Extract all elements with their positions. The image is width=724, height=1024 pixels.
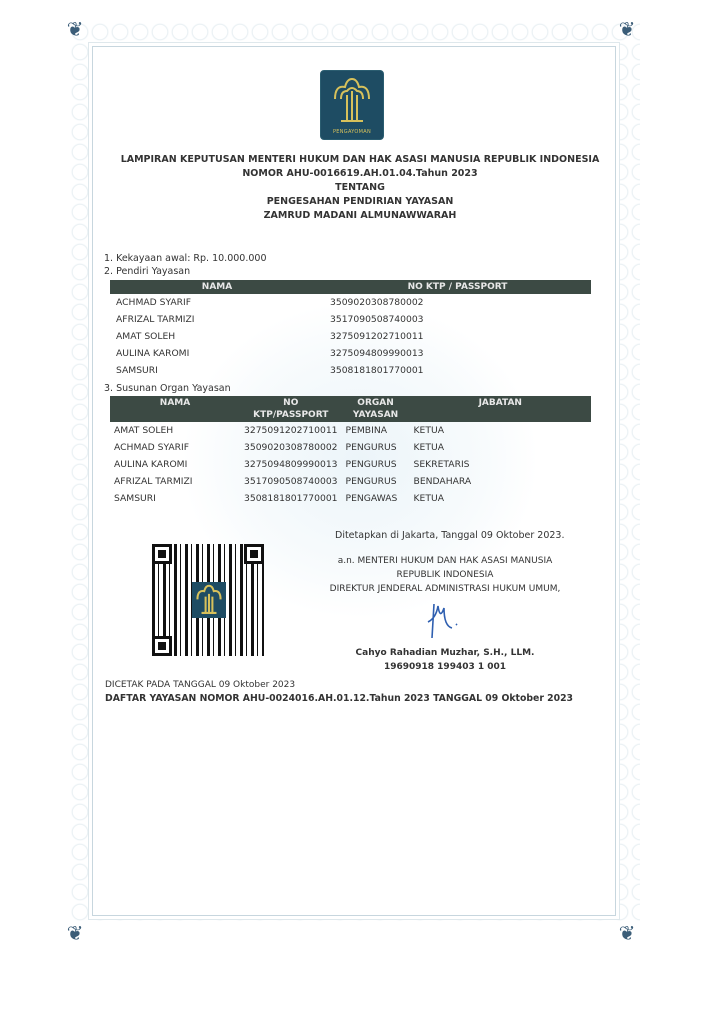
col-header: NOKTP/PASSPORT — [240, 396, 342, 422]
foundation-name: ZAMRUD MADANI ALMUNAWWARAH — [100, 210, 620, 221]
corner-ornament-icon: ❦ — [616, 922, 638, 944]
table-cell: 3275091202710011 — [240, 422, 342, 439]
table-row: AMAT SOLEH3275091202710011PEMBINAKETUA — [110, 422, 591, 439]
table-row: ACHMAD SYARIF3509020308780002 — [110, 294, 591, 311]
col-header: NAMA — [110, 280, 324, 294]
table-row: AMAT SOLEH3275091202710011 — [110, 328, 591, 345]
corner-ornament-icon: ❦ — [64, 922, 86, 944]
table-cell: SEKRETARIS — [410, 456, 591, 473]
organs-table: NAMA NOKTP/PASSPORT ORGANYAYASAN JABATAN… — [110, 396, 591, 507]
pengayoman-logo: PENGAYOMAN — [320, 70, 384, 140]
table-cell: PENGURUS — [342, 456, 410, 473]
table-cell: AFRIZAL TARMIZI — [110, 473, 240, 490]
table-row: AFRIZAL TARMIZI3517090508740003 — [110, 311, 591, 328]
printed-date: DICETAK PADA TANGGAL 09 Oktober 2023 — [105, 680, 295, 690]
corner-ornament-icon: ❦ — [616, 18, 638, 40]
qr-center-logo — [192, 582, 226, 618]
qr-code — [152, 544, 264, 656]
header-line-3: TENTANG — [100, 182, 620, 193]
table-cell: 3275091202710011 — [324, 328, 591, 345]
table-cell: 3509020308780002 — [324, 294, 591, 311]
table-row: ACHMAD SYARIF3509020308780002PENGURUSKET… — [110, 439, 591, 456]
table-cell: 3508181801770001 — [324, 362, 591, 379]
col-header: ORGANYAYASAN — [342, 396, 410, 422]
table-cell: 3275094809990013 — [324, 345, 591, 362]
signatory-nip: 19690918 199403 1 001 — [340, 662, 550, 672]
col-header: NO KTP / PASSPORT — [324, 280, 591, 294]
table-cell: AMAT SOLEH — [110, 328, 324, 345]
table-cell: KETUA — [410, 422, 591, 439]
table-cell: PENGURUS — [342, 439, 410, 456]
table-cell: AFRIZAL TARMIZI — [110, 311, 324, 328]
table-cell: PENGURUS — [342, 473, 410, 490]
header-decree-number: NOMOR AHU-0016619.AH.01.04.Tahun 2023 — [100, 168, 620, 179]
logo-caption: PENGAYOMAN — [321, 129, 383, 135]
signature-icon — [422, 600, 462, 642]
table-cell: ACHMAD SYARIF — [110, 294, 324, 311]
table-cell: 3509020308780002 — [240, 439, 342, 456]
pengayoman-tree-icon — [192, 582, 226, 618]
on-behalf-line-1: a.n. MENTERI HUKUM DAN HAK ASASI MANUSIA — [325, 556, 565, 566]
table-cell: ACHMAD SYARIF — [110, 439, 240, 456]
table-row: SAMSURI3508181801770001PENGAWASKETUA — [110, 490, 591, 507]
table-cell: AULINA KAROMI — [110, 345, 324, 362]
section-founders-label: 2. Pendiri Yayasan — [104, 266, 190, 277]
header-line-4: PENGESAHAN PENDIRIAN YAYASAN — [100, 196, 620, 207]
table-cell: SAMSURI — [110, 490, 240, 507]
registry-number: DAFTAR YAYASAN NOMOR AHU-0024016.AH.01.1… — [105, 693, 573, 704]
section-organs-label: 3. Susunan Organ Yayasan — [104, 383, 231, 394]
table-row: AULINA KAROMI3275094809990013 — [110, 345, 591, 362]
established-place-date: Ditetapkan di Jakarta, Tanggal 09 Oktobe… — [335, 530, 565, 541]
signatory-name: Cahyo Rahadian Muzhar, S.H., LLM. — [340, 648, 550, 658]
table-cell: AULINA KAROMI — [110, 456, 240, 473]
pengayoman-tree-icon — [327, 77, 377, 127]
table-cell: KETUA — [410, 439, 591, 456]
table-cell: BENDAHARA — [410, 473, 591, 490]
table-row: SAMSURI3508181801770001 — [110, 362, 591, 379]
col-header: JABATAN — [410, 396, 591, 422]
on-behalf-line-2: REPUBLIK INDONESIA — [325, 570, 565, 580]
table-row: AULINA KAROMI3275094809990013PENGURUSSEK… — [110, 456, 591, 473]
table-cell: 3517090508740003 — [240, 473, 342, 490]
table-cell: PENGAWAS — [342, 490, 410, 507]
table-cell: 3275094809990013 — [240, 456, 342, 473]
official-title: DIREKTUR JENDERAL ADMINISTRASI HUKUM UMU… — [320, 584, 570, 594]
initial-assets: 1. Kekayaan awal: Rp. 10.000.000 — [104, 253, 266, 264]
table-cell: AMAT SOLEH — [110, 422, 240, 439]
table-row: AFRIZAL TARMIZI3517090508740003PENGURUSB… — [110, 473, 591, 490]
table-cell: 3517090508740003 — [324, 311, 591, 328]
table-cell: SAMSURI — [110, 362, 324, 379]
table-cell: 3508181801770001 — [240, 490, 342, 507]
col-header: NAMA — [110, 396, 240, 422]
table-cell: KETUA — [410, 490, 591, 507]
corner-ornament-icon: ❦ — [64, 18, 86, 40]
founders-table: NAMA NO KTP / PASSPORT ACHMAD SYARIF3509… — [110, 280, 591, 379]
table-cell: PEMBINA — [342, 422, 410, 439]
header-line-1: LAMPIRAN KEPUTUSAN MENTERI HUKUM DAN HAK… — [100, 154, 620, 165]
